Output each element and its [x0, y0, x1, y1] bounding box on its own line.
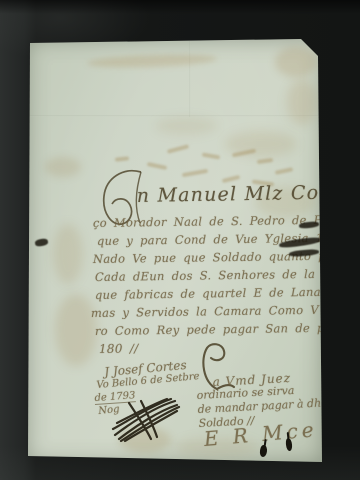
ink-smudge: [34, 238, 48, 247]
paper-stain: [53, 224, 83, 284]
ink-showthrough-mark: [202, 152, 220, 159]
body-line: ço Morador Naal de S. Pedro de Paz: [93, 213, 335, 230]
paper-stain: [55, 294, 97, 366]
ink-smudge: [299, 221, 320, 229]
body-line: que fabricas de quartel E de Lana: [95, 285, 321, 302]
ink-showthrough-mark: [222, 175, 240, 183]
paper-stain: [45, 157, 81, 177]
ink-showthrough-mark: [182, 169, 208, 177]
paper-stain: [155, 117, 217, 135]
rubric-flourish: [111, 395, 183, 443]
ink-showthrough-mark: [167, 144, 189, 154]
fold-crease-vertical: [189, 39, 191, 117]
ink-showthrough-mark: [115, 156, 129, 161]
ink-blot: [259, 445, 268, 458]
paper-stain: [287, 79, 317, 125]
manuscript-paper: n Manuel Mlz Cotta ço Morador Naal de S.…: [27, 39, 323, 463]
fold-crease-horizontal: [27, 115, 323, 117]
ink-showthrough-mark: [275, 167, 293, 175]
ink-showthrough-mark: [147, 162, 167, 170]
paper-stain: [275, 47, 317, 77]
body-line: Cada dEun dos S. Senhores de la Gra ds: [95, 266, 360, 284]
body-line: ro Como Rey pede pagar San de papa: [95, 320, 347, 338]
document-photo: n Manuel Mlz Cotta ço Morador Naal de S.…: [0, 0, 360, 480]
ink-showthrough-mark: [232, 149, 256, 158]
body-line: mas y Servidos la Camara Como V Melcora: [91, 302, 360, 320]
ink-showthrough-mark: [257, 158, 273, 164]
paper-stain: [87, 53, 217, 70]
body-line: 180 //: [99, 341, 139, 356]
heading-line: n Manuel Mlz Cotta: [137, 181, 350, 207]
